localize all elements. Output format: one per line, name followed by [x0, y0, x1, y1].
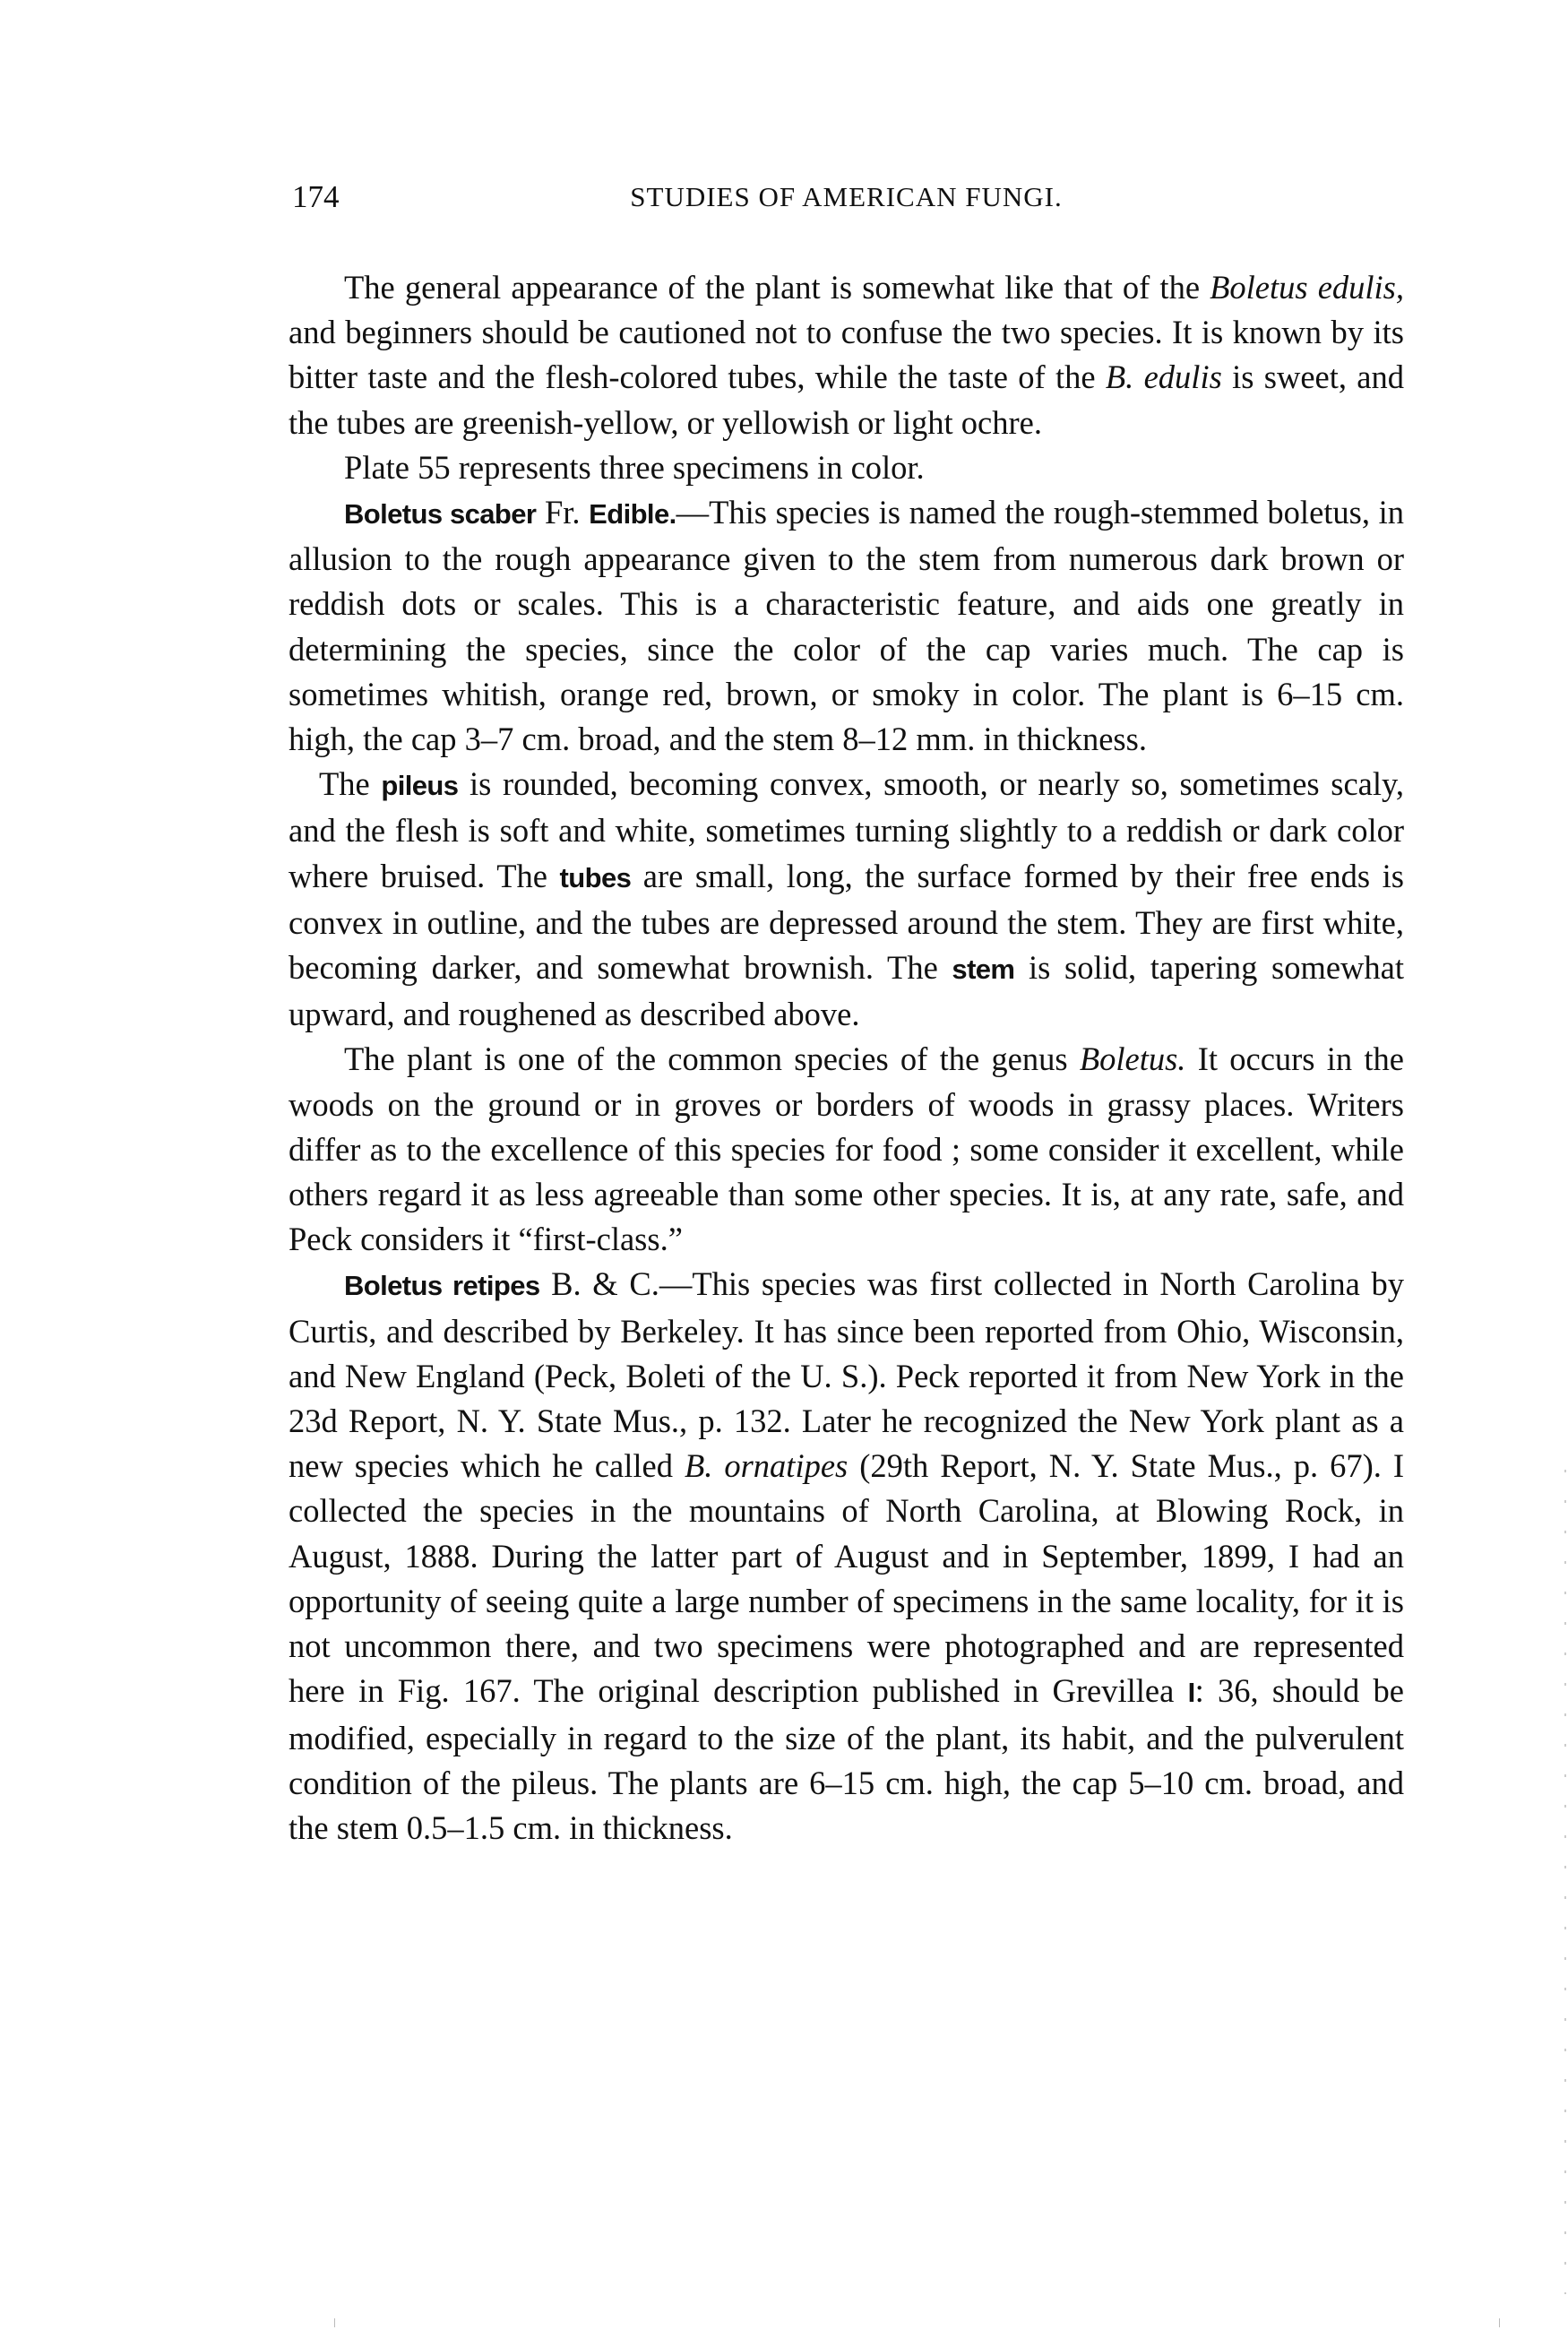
italic-term: Boletus edulis, [1210, 269, 1404, 306]
text-run: The general appearance of the plant is s… [344, 269, 1210, 306]
paragraph-plate-55: Plate 55 represents three specimens in c… [289, 445, 1404, 490]
running-head: 174 STUDIES OF AMERICAN FUNGI. [289, 179, 1404, 224]
text-run: Plate 55 represents three specimens in c… [344, 449, 925, 486]
scan-edge-marks [1564, 1470, 1566, 2294]
bold-term: Edible. [589, 498, 676, 530]
book-page: 174 STUDIES OF AMERICAN FUNGI. The gener… [289, 179, 1404, 1851]
paragraph-general-appearance: The general appearance of the plant is s… [289, 265, 1404, 445]
bold-term: stem [952, 954, 1014, 985]
running-title: STUDIES OF AMERICAN FUNGI. [289, 179, 1404, 215]
scan-artifact-right [1499, 2318, 1500, 2327]
bold-term: pileus [381, 770, 458, 801]
bold-term: tubes [560, 862, 632, 893]
paragraph-pileus-description: The pileus is rounded, becoming convex, … [289, 762, 1404, 1037]
scan-artifact-left [334, 2318, 335, 2327]
text-run: The [319, 765, 381, 802]
italic-term: B. ornatipes [685, 1447, 848, 1484]
body-text: The general appearance of the plant is s… [289, 265, 1404, 1851]
paragraph-boletus-scaber: Boletus scaber Fr. Edible.—This species … [289, 490, 1404, 762]
paragraph-habitat-edibility: The plant is one of the common species o… [289, 1037, 1404, 1262]
bold-term: Boletus scaber [344, 498, 536, 530]
text-run: Fr. [536, 494, 589, 531]
text-run: (29th Report, N. Y. State Mus., p. 67). … [289, 1447, 1404, 1709]
text-run: The plant is one of the common species o… [344, 1040, 1080, 1077]
paragraph-boletus-retipes: Boletus retipes B. & C.—This species was… [289, 1262, 1404, 1851]
text-run: —This species is named the rough-stemmed… [289, 494, 1404, 757]
italic-term: Boletus. [1080, 1040, 1186, 1077]
italic-term: B. edulis [1106, 358, 1222, 395]
bold-term: Boletus retipes [344, 1270, 540, 1301]
bold-term: I [1188, 1677, 1195, 1708]
